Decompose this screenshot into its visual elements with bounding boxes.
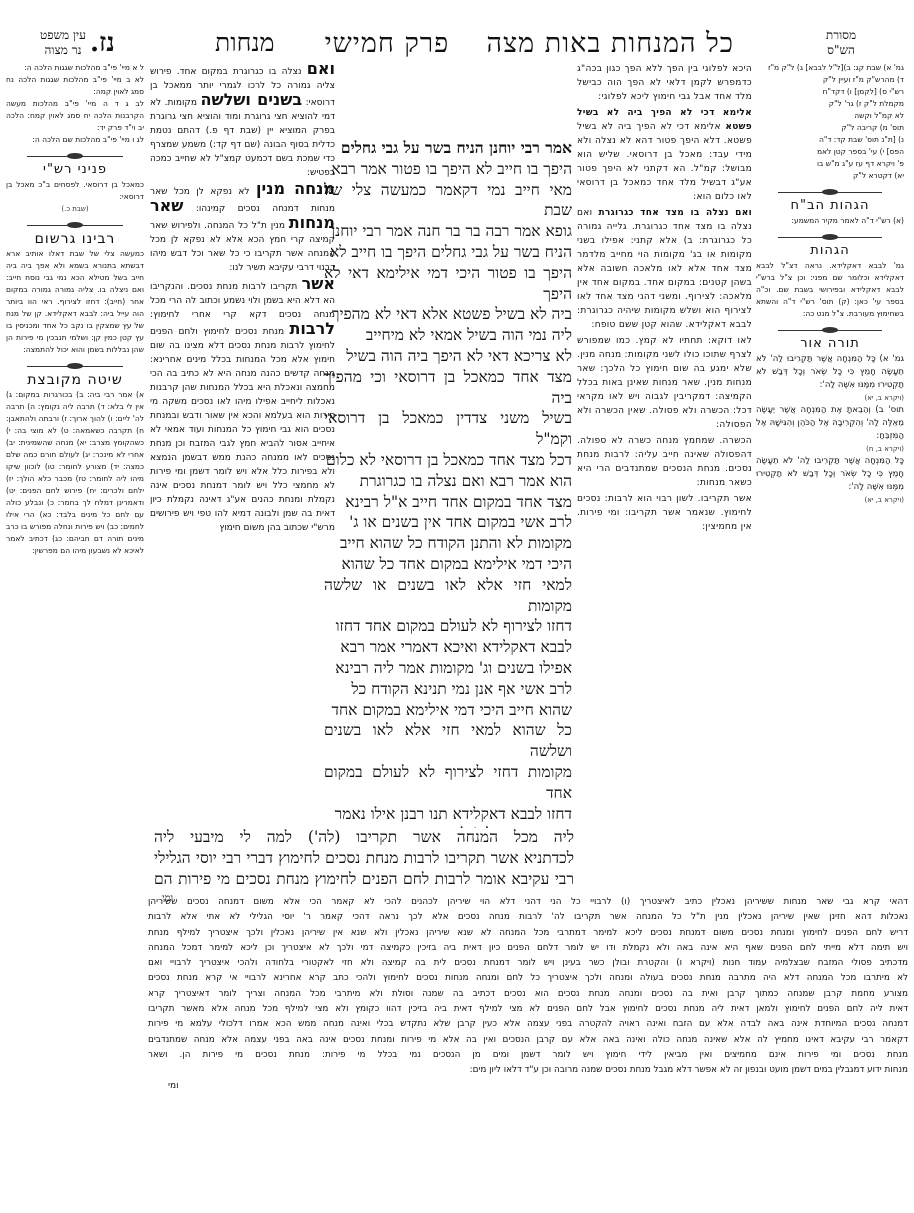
rashi-text: אלימא דכי לא הפיך ביה לא בשיל פשטא. דלא … xyxy=(577,122,752,202)
tosafot-text: מקומות. לא דמי להוציא חצי גרוגרת ומוד וה… xyxy=(150,98,335,178)
gemara-line: אפילו בשנים וג' מקומות אמר ליה רבינא xyxy=(324,658,572,679)
mesoret-line: לא קמ"ל וקשה xyxy=(756,110,904,122)
torah-or-ref-1: (ויקרא ב, יא) xyxy=(756,392,904,404)
gemara-line: דחזו לצירוף לא לעולם במקום אחד דחזו xyxy=(324,616,572,637)
tractate-name: מנחות xyxy=(215,28,274,58)
mesoret-line: רש"י ס) [לקמן] ו) דקד"ח xyxy=(756,86,904,98)
gemara-line: הוא אמר רבא ואם נצלה בו כגרוגרת xyxy=(324,471,572,492)
gemara-line: ליה נמי הוה בשיל אמאי לא מיחייב xyxy=(324,325,572,346)
gemara-line: אמר רבי יוחנן הניח בשר על גבי גחלים xyxy=(324,138,572,159)
mesoret-line: פ' ויקרא דף עז ע"ג מ"ש בו xyxy=(756,158,904,170)
tosafot-commentary: ואם נצלה בו כגרוגרת במקום אחד. פירוש צלי… xyxy=(150,62,335,822)
mesoret-hashas-heading: מסורת הש"ס xyxy=(796,28,886,58)
tosafot-opening-word: ואם xyxy=(307,62,335,78)
ein-mishpat-line: לג ו מיי' פי"ב מהלכות שם הלכה ה: xyxy=(6,134,144,146)
mesoret-line: ד) מהרש"ק מ"ז ועיין ל"ק xyxy=(756,74,904,86)
rashi-commentary: היכא לפלוגי בין הפך ללא הפך כגון בכה"ג כ… xyxy=(577,62,752,852)
gemara-line: כל שהוא למאי חזי אלא לאו בשנים ושלשה xyxy=(324,720,572,762)
mesoret-line: מקמלת ל"ק ז) גר' ל"ק xyxy=(756,98,904,110)
bottom-line: דריש לחם הפנים לחימוץ ומנחת נסכים משום ד… xyxy=(148,926,908,941)
torah-or-ref-2: (ויקרא ב, ח) xyxy=(756,443,904,455)
gemara-text: אמר רבי יוחנן הניח בשר על גבי גחלים היפך… xyxy=(324,138,572,828)
gemara-line: למאי חזי אלא לאו בשנים או שלשה מקומות xyxy=(324,575,572,617)
bottom-tosafot-continuation: דהאי קרא גבי שאר מנחות ששיריהן נאכלין כת… xyxy=(148,895,908,1094)
gemara-line: לרב אשי במקום אחד אין בשנים או ג' xyxy=(324,512,572,533)
chapter-number: פרק חמישי xyxy=(325,28,450,59)
bottom-line: ויש תימה דלא מייתי לחם הפנים שאף היא אינ… xyxy=(148,941,908,956)
rashi-paragraph: אלימא דכי לא הפיך ביה לא בשיל פשטא אלימא… xyxy=(577,106,752,204)
bottom-line: דמנחה נסכים המיוחדת אינה באה לבדה אלא עם… xyxy=(148,1017,908,1032)
gemara-line: בשיל משני צדדין כמאכל בן דרוסאי וקמ"ל xyxy=(324,408,572,450)
bottom-line: מנחות ידוע דמגבלין במים דשמן מועט ובנפון… xyxy=(148,1063,908,1078)
rashi-paragraph: ואם נצלה בו מצד אחד כגרוגרת ואם נצלה בו … xyxy=(577,206,752,332)
gemara-line: לרב אשי אף אנן נמי תנינא הקודח כל xyxy=(324,679,572,700)
penei-rashi-ref: (שבת כ.) xyxy=(6,203,144,215)
gemara-line: מקומות דחזי לצירוף לא לעולם במקום אחד xyxy=(324,762,572,804)
ornament-divider-icon xyxy=(27,152,124,160)
tosafot-dibbur-hamatchil: מנחה מנין xyxy=(256,179,335,198)
tosafot-dibbur-hamatchil: לרבות xyxy=(289,319,335,338)
hagahot-bach-title: הגהות הב"ח xyxy=(756,200,904,212)
mesoret-line: גמ' א) שבת קג: ב)[ל"ל לבבא] ג) ל"ק מ"ז xyxy=(756,62,904,74)
tosafot-dibbur-hamatchil: אשר xyxy=(302,274,335,293)
rashi-paragraph: לאו דוקא: תחתיו לא קמץ. כמו שמפורש לצרף … xyxy=(577,334,752,432)
hagahot-title: הגהות xyxy=(756,245,904,257)
mesoret-title-line2: הש"ס xyxy=(796,43,886,58)
gemara-line: ביה לא בשיל פשטא אלא דאי לא מהפיך xyxy=(324,304,572,325)
rashi-dibbur-hamatchil: ואם נצלה בו מצד אחד כגרוגרת xyxy=(598,208,752,218)
rashi-paragraph: היכא לפלוגי בין הפך ללא הפך כגון בכה"ג כ… xyxy=(577,62,752,104)
mesoret-title-line1: מסורת xyxy=(796,28,886,43)
ein-mishpat-line: לא ב מיי' פי"ב מהלכות שגגות הלכה נח סמג … xyxy=(6,74,144,98)
rashi-text: ואם נצלה בו מצד אחד כגרוגרת. גלייה גמורה… xyxy=(577,208,752,330)
gemara-line: מצד אחד במקום אחד חייב א"ל רבינא xyxy=(324,492,572,513)
bottom-line: מדכתיב פסולי המזבח שבצלמיה עמוד חנות (וי… xyxy=(148,956,908,971)
mesoret-hashas: גמ' א) שבת קג: ב)[ל"ל לבבא] ג) ל"ק מ"ז ד… xyxy=(756,62,904,182)
mesoret-line: נ) [ת"נ תוס' שבת קד: ד"ה xyxy=(756,134,904,146)
tosafot-dibbur-hamatchil: בשנים ושלשה xyxy=(200,90,302,109)
rashi-paragraph: הכשרה. שמחמץ מנחה כשרה לא ספולה. דהפסולה… xyxy=(577,434,752,490)
gemara-line: לכדתניא אשר תקריבו לרבות מנחת נסכים לחימ… xyxy=(154,848,574,869)
ornament-divider-icon xyxy=(778,188,882,196)
mesoret-line: יא) דקטרא ל"ק xyxy=(756,170,904,182)
bottom-line: נאכלות דהא חזינן שאין שיריהן נאכלין מנין… xyxy=(148,910,908,925)
chapter-title: כל המנחות באות מצה xyxy=(486,28,734,59)
chapter-heading: כל המנחות באות מצה פרק חמישי xyxy=(314,28,734,59)
bottom-line: דקאמר רבי עקיבא דאינו מחמיץ לה אלא שאינה… xyxy=(148,1033,908,1048)
gemara-line: שהוא חייב היכי דמי אילימא במקום אחד xyxy=(324,700,572,721)
tosafot-text: מנחת נסכים לחימוץ ולחם הפנים לחימוץ לרבו… xyxy=(150,327,335,533)
torah-or-text-3: כָּל הַמִּנְחָה אֲשֶׁר תַּקְרִיבוּ לַה' … xyxy=(756,455,904,494)
ornament-divider-icon xyxy=(778,233,882,241)
gemara-line: לא צריכא דאי לא היפך ביה הוה בשיל xyxy=(324,346,572,367)
gemara-line: רבי עקיבא אומר לרבות לחם הפנים לחימוץ מנ… xyxy=(154,869,574,890)
gemara-line: דכל מצד אחד כמאכל בן דרוסאי לא כלום xyxy=(324,450,572,471)
gemara-line: ליה מכל המנחה אשר תקריבו (לה') למה לי מי… xyxy=(154,827,574,848)
hagahot-text: גמ' לבבא דאקלידא. נראה דצ"ל לבבא דאקלידא… xyxy=(756,260,904,320)
penei-rashi-title: פניני רש"י xyxy=(6,164,144,176)
gemara-line: דחזו לבבא דאקלידא תנו רבנן אילו נאמר xyxy=(324,804,572,825)
torah-or-ref-3: (ויקרא ב, יא) xyxy=(756,494,904,506)
torah-or-text-1: גמ' א) כָּל הַמִּנְחָה אֲשֶׁר תַּקְרִיבו… xyxy=(756,353,904,392)
ornament-divider-icon xyxy=(27,362,124,370)
gemara-line: לבבא דאקלידא ואיכא דאמרי אמר רבא xyxy=(324,637,572,658)
gemara-line: הניח בשר על גבי גחלים היפך בו חייב לא xyxy=(324,242,572,263)
tosafot-paragraph: מנחה מנין לא נפקא לן מכל שאר מנחות דמנחה… xyxy=(150,182,335,275)
torah-or-title: תורה אור xyxy=(756,338,904,350)
bottom-line: דאית ליה לחם הפנים לחימוץ ולמאן דאית ליה… xyxy=(148,1002,908,1017)
right-margin-column: גמ' א) שבת קג: ב)[ל"ל לבבא] ג) ל"ק מ"ז ד… xyxy=(756,62,904,482)
gemara-line: מקומות לא והתנן הקודח כל שהוא חייב xyxy=(324,533,572,554)
tosafot-paragraph: אשר תקריבו לרבות מנחת נסכים. והנקריבו הא… xyxy=(150,277,335,535)
ein-mishpat-title-line2: נר מצוה xyxy=(8,43,118,58)
rabbenu-gershom-text: כמעשה צלי של שבת דאלו אותיב ארא דבשתא בת… xyxy=(6,248,144,356)
left-margin-column: ל א מיי' פי"ב מהלכות שגגות הלכה ה: לא ב … xyxy=(6,62,144,782)
ein-mishpat: ל א מיי' פי"ב מהלכות שגגות הלכה ה: לא ב … xyxy=(6,62,144,146)
gemara-line: מאי חייב נמי דקאמר כמעשה צלי של שבת xyxy=(324,180,572,222)
rashi-paragraph: אשר תקריבו. לשון רבוי הוא לרבות: נסכים ל… xyxy=(577,492,752,534)
rabbenu-gershom-title: רבינו גרשום xyxy=(6,233,144,245)
torah-or-text-2: תוס' ב) וְהֵבֵאתָ אֶת הַמִּנְחָה אֲשֶׁר … xyxy=(756,404,904,443)
bottom-line: דהאי קרא גבי שאר מנחות ששיריהן נאכלין כת… xyxy=(148,895,908,910)
ornament-divider-icon xyxy=(27,221,124,229)
ein-mishpat-heading: עין משפט נר מצוה xyxy=(8,28,118,58)
bottom-line: מצורע מחמת קרבן שמנחה כמתוך קרבן ואית בה… xyxy=(148,987,908,1002)
tosafot-paragraph: ואם נצלה בו כגרוגרת במקום אחד. פירוש צלי… xyxy=(150,62,335,180)
ornament-divider-icon xyxy=(778,326,882,334)
penei-rashi-text: כמאכל בן דרוסאי. לפסחים ב"כ מאכל בן דרוס… xyxy=(6,179,144,203)
gemara-line: מצד אחד כמאכל בן דרוסאי וכי מהפיך ביה xyxy=(324,367,572,409)
hagahot-bach-text: (א) רש"י ד"ה לאמר מקיר המשמע: xyxy=(756,215,904,227)
ein-mishpat-line: ל א מיי' פי"ב מהלכות שגגות הלכה ה: xyxy=(6,62,144,74)
shita-mekubetzet-title: שיטה מקובצת xyxy=(6,374,144,386)
bottom-line: מנחת נסכים ומי פירות אינם מחמיצים ואין מ… xyxy=(148,1048,908,1063)
mesoret-line: תוס' מ) קריבה ל"ק xyxy=(756,122,904,134)
gemara-line: גופא אמר רבה בר בר חנה אמר רבי יוחנן xyxy=(324,221,572,242)
ein-mishpat-line: לב ג ד ה מיי' פי"ב מהלכות מעשה הקרבנות ה… xyxy=(6,98,144,134)
ein-mishpat-title-line1: עין משפט xyxy=(8,28,118,43)
shita-mekubetzet-text: א) אמר רבי ביה: ב) בכורגרות במקום: ג) אי… xyxy=(6,389,144,557)
gemara-line: היפך בו חייב לא היפך בו פטור אמר רבא xyxy=(324,159,572,180)
bottom-catchword: ומי xyxy=(148,1079,908,1094)
bottom-line: לא מיתרבו מכל המנחה דלא היה מתרבה מנחת נ… xyxy=(148,971,908,986)
mesoret-line: הפס] י) עי' בספר קטן לאמ xyxy=(756,146,904,158)
gemara-line: היכי דמי אילימא במקום אחד כל שהוא xyxy=(324,554,572,575)
gemara-line: היפך בו פטור היכי דמי אילימא דאי לא היפך xyxy=(324,263,572,305)
